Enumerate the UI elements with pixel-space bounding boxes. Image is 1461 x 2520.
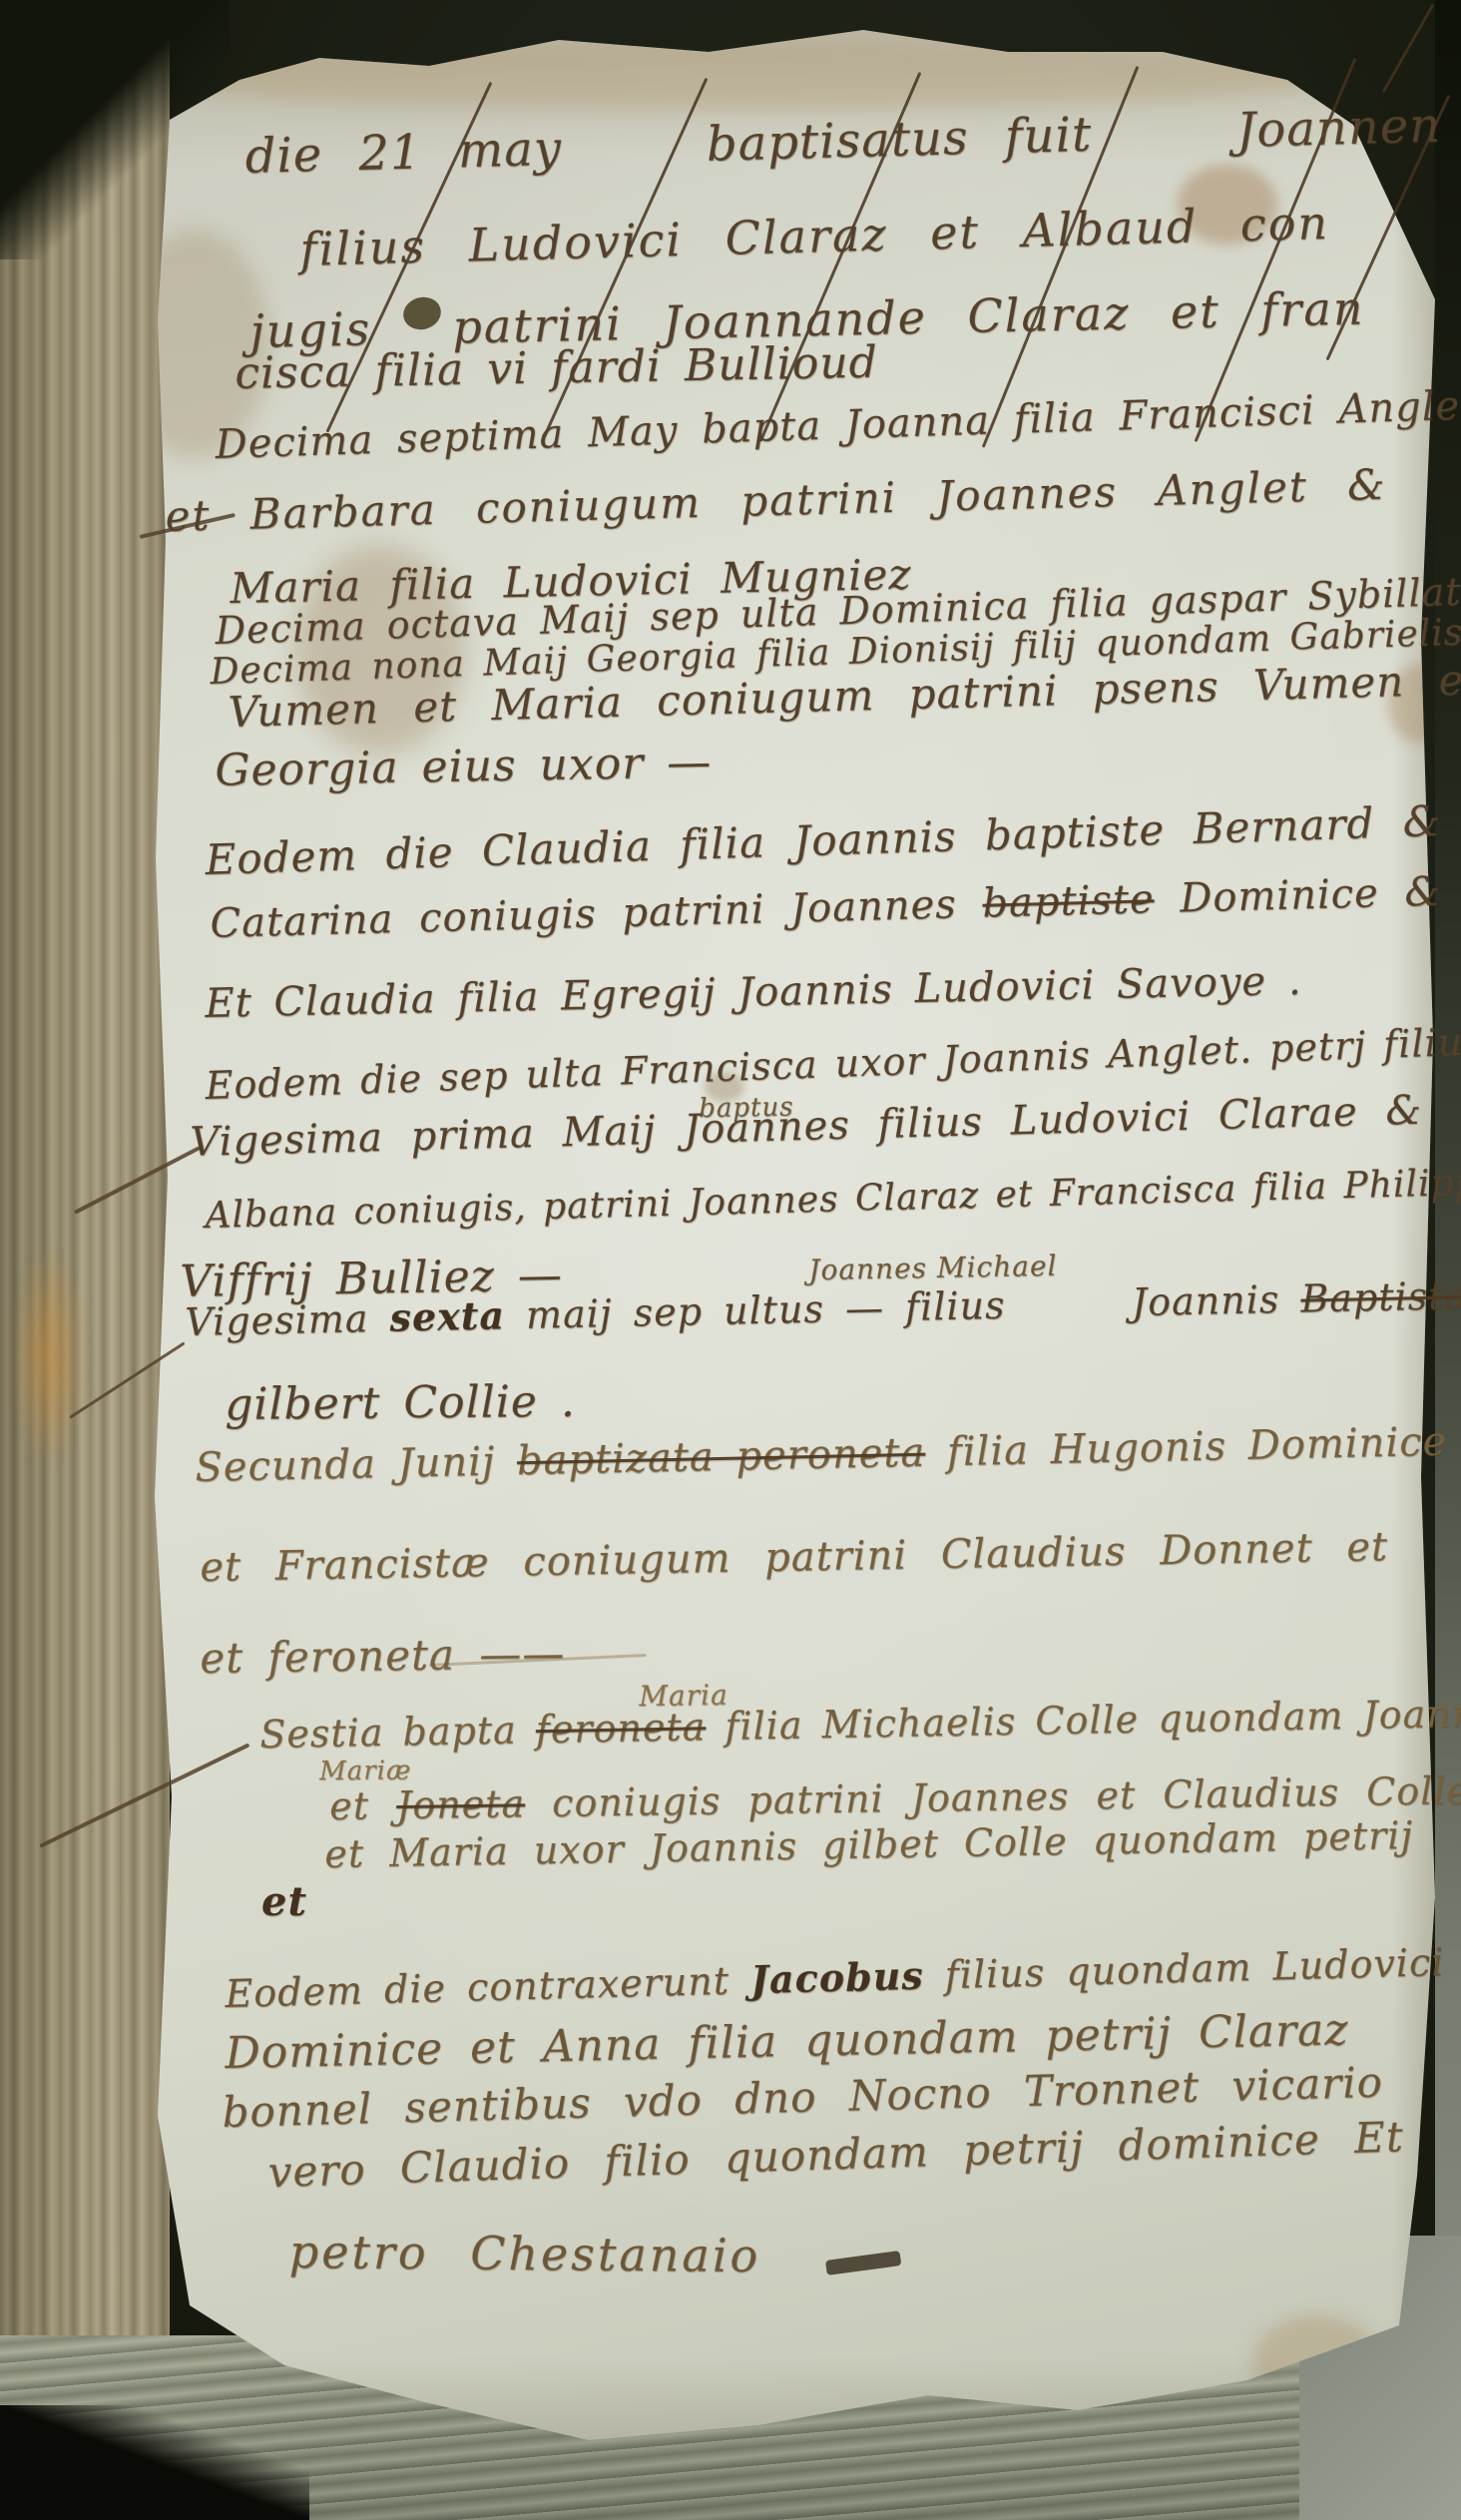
manuscript-line: Et Claudia filia Egregij Joannis Ludovic… (205, 960, 1302, 1025)
manuscript-line: cisca filia vi fardi Bullioud (235, 340, 878, 398)
ink-text: maij sep ultus — filius Joannis (504, 1277, 1300, 1338)
ink-layer: die 21 may baptisatus fuit Joannenfilius… (0, 0, 1461, 2520)
ink-text: die 21 may baptisatus fuit Joannen (244, 98, 1442, 185)
ink-text: et (329, 1783, 396, 1828)
ink-text: cisca filia vi fardi Bullioud (235, 337, 878, 399)
struck-word: baptiste (982, 876, 1155, 926)
ink-text: et Francistæ coniugum patrini Claudius D… (200, 1524, 1388, 1591)
ink-text: Dominice & (1154, 869, 1442, 923)
manuscript-line: gilbert Collie . (225, 1379, 576, 1429)
manuscript-line: Georgia eius uxor — (215, 740, 713, 794)
struck-word: feroneta (535, 1705, 706, 1752)
ink-text: Vigesima (185, 1296, 390, 1344)
manuscript-line: Eodem die contraxerunt Jacobus filius qu… (225, 1942, 1445, 2014)
manuscript-line: et (261, 1881, 307, 1923)
ink-text: Catarina coniugis patrini Joannes (210, 881, 983, 947)
manuscript-line: petro Chestanaio (289, 2228, 761, 2280)
ink-text: Sestia bapta (259, 1708, 536, 1757)
ink-text: filia Hugonis Dominice (925, 1419, 1448, 1476)
struck-word: Baptista (1300, 1273, 1461, 1321)
ink-text: et feroneta —— (200, 1629, 566, 1683)
manuscript-line: et Francistæ coniugum patrini Claudius D… (200, 1526, 1388, 1589)
manuscript-line: Mariæ (319, 1758, 412, 1785)
ink-text: filia Michaelis Colle quondam Joannis (706, 1691, 1461, 1749)
manuscript-line: filius Ludovici Claraz et Albaud con (299, 199, 1330, 274)
manuscript-line: Albana coniugis, patrini Joannes Claraz … (205, 1164, 1461, 1236)
struck-word: baptizata peroneta (517, 1430, 926, 1485)
ink-text: filius quondam Ludovici (923, 1940, 1445, 1998)
ink-text: Eodem die Claudia filia Joannis baptiste… (205, 796, 1442, 884)
manuscript-line: Decima septima May bapta Joanna filia Fr… (215, 384, 1461, 466)
ink-text: et Barbara coniugum patrini Joannes Angl… (165, 460, 1387, 541)
ink-text: et (261, 1878, 307, 1925)
manuscript-line: die 21 may baptisatus fuit Joannen (244, 101, 1442, 183)
manuscript-line: Eodem die Claudia filia Joannis baptiste… (205, 799, 1442, 882)
ink-text: Eodem die contraxerunt (225, 1958, 751, 2016)
manuscript-line: et feroneta —— (200, 1632, 566, 1682)
manuscript-line: Joannes Michael (808, 1252, 1058, 1285)
manuscript-photo: die 21 may baptisatus fuit Joannenfilius… (0, 0, 1461, 2520)
ink-text: Joannes Michael (808, 1250, 1058, 1286)
ink-text: Georgia eius uxor — (215, 737, 713, 796)
struck-word: Joneta (396, 1781, 526, 1827)
ink-text: Et Claudia filia Egregij Joannis Ludovic… (205, 958, 1302, 1027)
ink-text: filius Ludovici Claraz et Albaud con (299, 196, 1330, 276)
ink-text: Secunda Junij (195, 1438, 518, 1491)
ink-text: Mariæ (319, 1756, 412, 1786)
manuscript-line: Catarina coniugis patrini Joannes baptis… (210, 871, 1442, 946)
ink-text: Jacobus (749, 1953, 924, 2003)
ink-text: gilbert Collie . (225, 1376, 576, 1430)
ink-text: petro Chestanaio (289, 2225, 761, 2282)
manuscript-line: et Barbara coniugum patrini Joannes Angl… (165, 463, 1387, 540)
ink-text: sexta (389, 1292, 505, 1339)
ink-text: Albana coniugis, patrini Joannes Claraz … (205, 1162, 1461, 1237)
manuscript-line: Secunda Junij baptizata peroneta filia H… (195, 1421, 1448, 1490)
manuscript-line: Sestia bapta feroneta filia Michaelis Co… (259, 1693, 1461, 1755)
